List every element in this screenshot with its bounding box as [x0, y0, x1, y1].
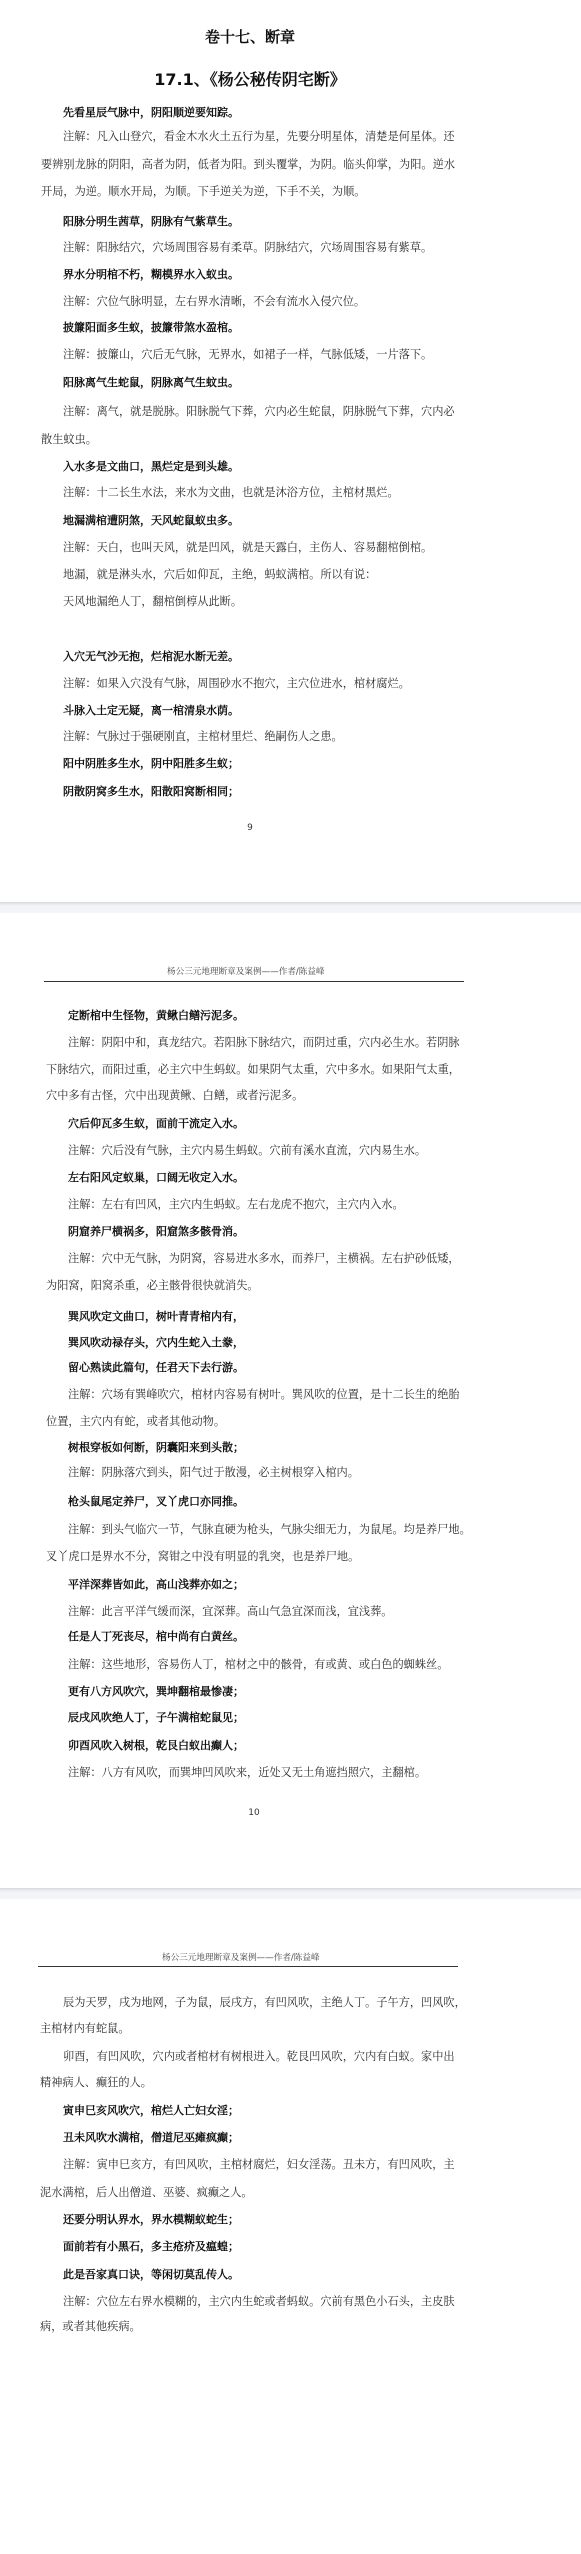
annotation-line: 注解：穴场有巽峰吹穴，棺材内容易有树叶。巽风吹的位置，是十二长生的绝胎 [68, 1387, 460, 1403]
verse-line: 留心熟读此篇句，任君天下去行游。 [68, 1360, 244, 1376]
verse-line: 披簾阳面多生蚁，披簾带煞水盈棺。 [63, 320, 239, 336]
header-rule [44, 981, 464, 982]
annotation-line: 注解：阴脉落穴到头，阳气过于散漫，必主树根穿入棺内。 [68, 1465, 359, 1481]
verse-line: 先看星辰气脉中，阴阳顺逆要知踪。 [63, 105, 239, 121]
verse-line: 斗脉入土定无疑，离一棺清泉水荫。 [63, 703, 239, 719]
annotation-line: 注解：穴中无气脉，为阴窝，容易进水多水，而养尸，主横祸。左右护砂低矮， [68, 1251, 460, 1267]
verse-line: 平洋深葬皆如此，高山浅葬亦如之； [68, 1577, 244, 1593]
annotation-line: 泥水满棺，后人出僧道、巫婆、疯癫之人。 [40, 2185, 253, 2201]
verse-line: 面前若有小黑石，多主疮疥及瘟蝗； [63, 2239, 239, 2255]
annotation-line: 注解：穴后没有气脉，主穴内易生蚂蚁。穴前有溪水直流，穴内易生水。 [68, 1143, 426, 1159]
annotation-line: 为阳窝，阳窝杀重，必主骸骨很快就消失。 [46, 1278, 259, 1294]
page-number: 9 [0, 820, 500, 836]
verse-line: 更有八方风吹穴，巽坤翻棺最惨凄； [68, 1684, 244, 1700]
verse-line: 左右阳风定蚁巢，口阔无收定入水。 [68, 1170, 244, 1186]
verse-line: 穴后仰瓦多生蚁，面前干流定入水。 [68, 1116, 244, 1132]
annotation-line: 注解：这些地形，容易伤人丁，棺材之中的骸骨，有或黄、或白色的蜘蛛丝。 [68, 1657, 448, 1673]
verse-line: 寅申巳亥风吹穴，棺烂人亡妇女淫； [63, 2103, 239, 2119]
page-separator [0, 1888, 581, 1899]
verse-line: 巽风吹定文曲口，树叶青青棺内有， [68, 1309, 244, 1325]
header-rule [38, 1966, 458, 1967]
annotation-line: 穴中多有古怪，穴中出现黄鳅、白鳝，或者污泥多。 [46, 1088, 303, 1104]
annotation-line: 注解：凡入山登穴，看金木水火土五行为星，先要分明星体，清楚是何星体。还 [63, 129, 455, 145]
verse-line: 任是人丁死丧尽，棺中尚有白黄丝。 [68, 1629, 244, 1645]
document-page-9: 卷十七、断章 17.1、《杨公秘传阴宅断》 先看星辰气脉中，阴阳顺逆要知踪。 注… [0, 0, 581, 902]
verse-line: 定断棺中生怪物，黄鳅白鳝污泥多。 [68, 1008, 244, 1024]
annotation-line: 注解：穴位左右界水模糊的，主穴内生蛇或者蚂蚁。穴前有黑色小石头，主皮肤 [63, 2294, 455, 2310]
verse-line: 阳脉分明生茜草，阴脉有气紫草生。 [63, 214, 239, 230]
verse-line: 丑未风吹水满棺，僧道尼巫瘫疯癫； [63, 2130, 239, 2146]
verse-line: 树根穿板如何断，阴囊阳来到头散； [68, 1440, 244, 1456]
annotation-line: 注解：八方有风吹，而巽坤凹风吹来，近处又无土角遮挡照穴，主翻棺。 [68, 1765, 426, 1781]
verse-line: 巽风吹动禄存头，穴内生蛇入土豢， [68, 1335, 244, 1351]
verse-line: 界水分明棺不朽，糊模界水入蚁虫。 [63, 267, 239, 283]
annotation-line: 辰为天罗，戌为地网，子为鼠，辰戌方，有凹风吹，主绝人丁。子午方，凹风吹， [63, 1995, 466, 2011]
chapter-title: 卷十七、断章 [0, 27, 500, 47]
annotation-line: 位置，主穴内有蛇，或者其他动物。 [46, 1414, 225, 1430]
annotation-line: 注解：披簾山，穴后无气脉，无界水，如裙子一样，气脉低矮，一片落下。 [63, 347, 432, 363]
annotation-line: 下脉结穴，而阳过重，必主穴中生蚂蚁。如果阴气太重，穴中多水。如果阳气太重， [46, 1062, 460, 1078]
annotation-line: 注解：穴位气脉明显，左右界水清晰，不会有流水入侵穴位。 [63, 294, 365, 310]
verse-line: 枪头鼠尾定养尸，叉丫虎口亦同推。 [68, 1494, 244, 1510]
verse-line: 阳脉离气生蛇鼠，阴脉离气生蚊虫。 [63, 375, 239, 391]
verse-line: 卯酉风吹入树根，乾艮白蚁出癫人； [68, 1738, 244, 1754]
verse-line: 还要分明认界水，界水模糊蚁蛇生； [63, 2212, 239, 2228]
annotation-line: 注解：离气，就是脱脉。阳脉脱气下葬，穴内必生蛇鼠，阴脉脱气下葬，穴内必 [63, 404, 455, 420]
annotation-line: 地漏，就是淋头水，穴后如仰瓦，主绝，蚂蚁满棺。所以有说： [63, 567, 376, 583]
annotation-line: 注解：此言平洋气缓而深，宜深葬。高山气急宜深而浅，宜浅葬。 [68, 1604, 392, 1620]
verse-line: 辰戌风吹绝人丁，子午满棺蛇鼠见； [68, 1710, 244, 1726]
annotation-line: 注解：天白，也叫天风，就是凹风，就是天露白，主伤人、容易翻棺倒棺。 [63, 540, 432, 556]
verse-line: 阴窟养尸横祸多，阳窟煞多骸骨消。 [68, 1224, 244, 1240]
verse-line: 地漏满棺遭阴煞，天风蛇鼠蚁虫多。 [63, 513, 239, 529]
annotation-line: 注解：寅申巳亥方，有凹风吹，主棺材腐烂，妇女淫荡。丑未方，有凹风吹，主 [63, 2157, 455, 2173]
annotation-line: 注解：如果入穴没有气脉，周围砂水不抱穴，主穴位进水，棺材腐烂。 [63, 676, 410, 692]
verse-line: 入水多是文曲口，黑烂定是到头雄。 [63, 459, 239, 475]
running-header: 杨公三元地理断章及案例——作者/陈益峰 [167, 966, 325, 978]
annotation-line: 病，或者其他疾病。 [40, 2319, 141, 2335]
verse-line: 阳中阴胜多生水，阴中阳胜多生蚁； [63, 756, 239, 772]
verse-line: 入穴无气沙无抱，烂棺泥水断无差。 [63, 649, 239, 665]
verse-line: 阴散阴窝多生水，阳散阳窝断相同； [63, 784, 239, 800]
annotation-line: 要辨别龙脉的阴阳，高者为阴，低者为阳。到头覆掌，为阴。临头仰掌，为阳。逆水 [41, 157, 455, 173]
annotation-line: 注解：到头气临穴一节，气脉直硬为枪头，气脉尖细无力，为鼠尾。均是养尸地。 [68, 1522, 471, 1538]
annotation-line: 卯酉，有凹风吹，穴内或者棺材有树根进入。乾艮凹风吹，穴内有白蚁。家中出 [63, 2049, 455, 2065]
annotation-line: 主棺材内有蛇鼠。 [40, 2021, 130, 2037]
annotation-line: 天风地漏绝人丁，翻棺倒椁从此断。 [63, 594, 242, 610]
verse-line: 此是吾家真口诀，等闲切莫乱传人。 [63, 2267, 239, 2283]
annotation-line: 开局，为逆。顺水开局，为顺。下手逆关为逆，下手不关，为顺。 [41, 184, 365, 200]
annotation-line: 注解：十二长生水法，来水为文曲，也就是沐浴方位，主棺材黑烂。 [63, 485, 399, 501]
annotation-line: 注解：气脉过于强硬刚直，主棺材里烂、绝嗣伤人之患。 [63, 729, 343, 745]
page-separator [0, 902, 581, 913]
running-header: 杨公三元地理断章及案例——作者/陈益峰 [162, 1952, 320, 1964]
annotation-line: 散生蚊虫。 [41, 432, 97, 448]
annotation-line: 精神病人、癫狂的人。 [40, 2075, 152, 2091]
annotation-line: 注解：阴阳中和，真龙结穴。若阳脉下脉结穴，而阴过重，穴内必生水。若阴脉 [68, 1035, 460, 1051]
page-number: 10 [0, 1805, 508, 1821]
annotation-line: 注解：左右有凹风，主穴内生蚂蚁。左右龙虎不抱穴，主穴内入水。 [68, 1197, 404, 1213]
section-title: 17.1、《杨公秘传阴宅断》 [0, 69, 500, 91]
annotation-line: 注解：阳脉结穴，穴场周围容易有柔草。阴脉结穴，穴场周围容易有紫草。 [63, 240, 432, 256]
annotation-line: 叉丫虎口是界水不分，窝钳之中没有明显的乳突，也是养尸地。 [46, 1549, 359, 1565]
